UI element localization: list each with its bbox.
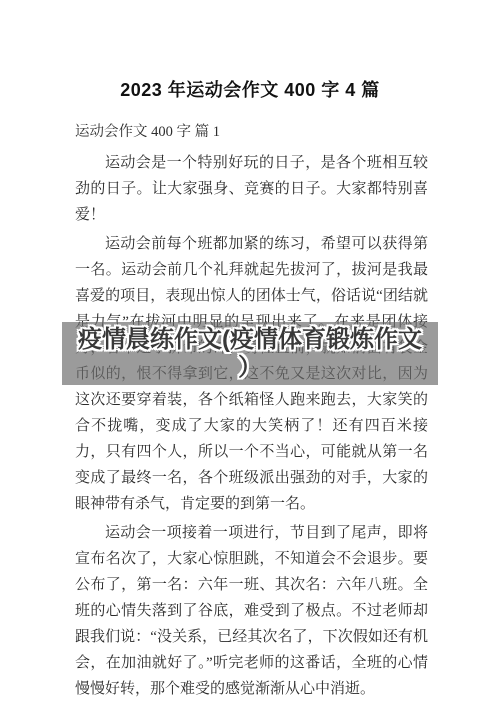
essay-paragraphs: 运动会是一个特别好玩的日子，是各个班相互较劲的日子。让大家强身、竞赛的日子。大家… [75, 150, 428, 705]
section-heading: 运动会作文 400 字 篇 1 [75, 123, 220, 142]
essay-paragraph: 运动会是一个特别好玩的日子，是各个班相互较劲的日子。让大家强身、竞赛的日子。大家… [75, 150, 428, 228]
document-page: 2023 年运动会作文 400 字 4 篇 运动会作文 400 字 篇 1 运动… [0, 0, 500, 706]
document-title: 2023 年运动会作文 400 字 4 篇 [0, 78, 500, 102]
essay-paragraph: 运动会一项接着一项进行，节目到了尾声，即将宣布名次了，大家心惊胆跳，不知道会不会… [75, 520, 428, 702]
watermark-text-line2: ） [238, 354, 262, 382]
watermark-text-line1: 疫情晨练作文(疫情体育锻炼作文 [78, 326, 422, 354]
watermark-band: 疫情晨练作文(疫情体育锻炼作文 ） [62, 322, 438, 385]
